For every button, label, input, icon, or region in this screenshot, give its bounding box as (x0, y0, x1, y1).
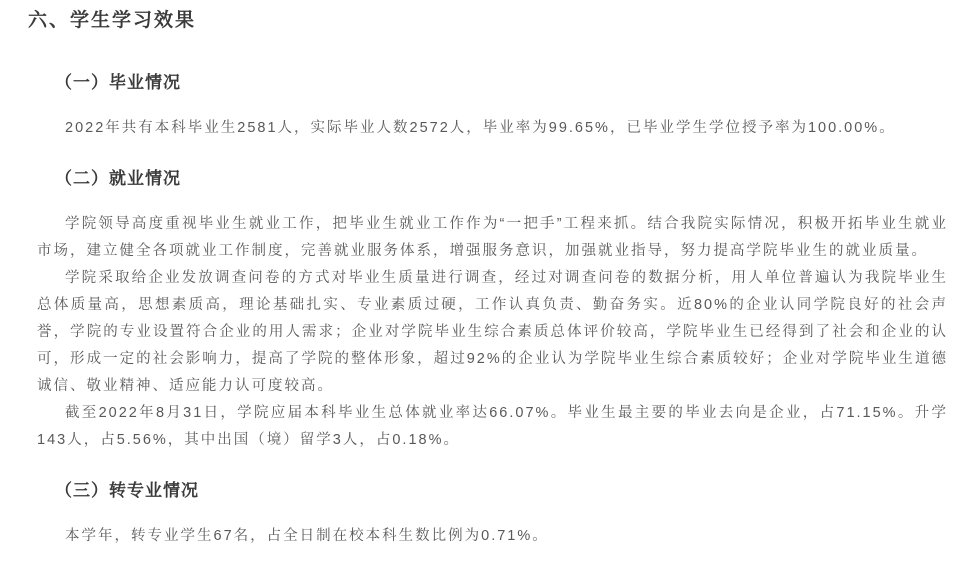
section-heading: （三）转专业情况 (55, 479, 948, 502)
section-heading: （一）毕业情况 (55, 71, 948, 94)
sections-container: （一）毕业情况2022年共有本科毕业生2581人，实际毕业人数2572人，毕业率… (0, 71, 953, 550)
page-title: 六、学生学习效果 (28, 8, 953, 34)
body-paragraph: 本学年，转专业学生67名，占全日制在校本科生数比例为0.71%。 (37, 523, 948, 550)
body-paragraph: 学院领导高度重视毕业生就业工作，把毕业生就业工作作为“一把手”工程来抓。结合我院… (37, 211, 948, 265)
section-heading: （二）就业情况 (55, 167, 948, 190)
body-paragraph: 2022年共有本科毕业生2581人，实际毕业人数2572人，毕业率为99.65%… (37, 115, 948, 142)
body-paragraph: 学院采取给企业发放调查问卷的方式对毕业生质量进行调查，经过对调查问卷的数据分析，… (37, 265, 948, 400)
document-page: 六、学生学习效果 （一）毕业情况2022年共有本科毕业生2581人，实际毕业人数… (0, 8, 953, 562)
body-paragraph: 截至2022年8月31日，学院应届本科毕业生总体就业率达66.07%。毕业生最主… (37, 400, 948, 454)
